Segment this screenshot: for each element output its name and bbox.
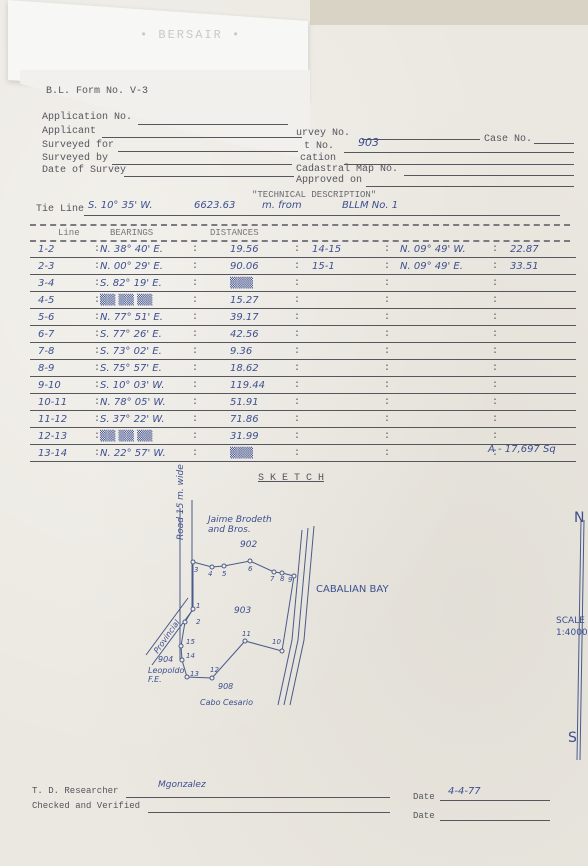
road-label: Road 15 m. wide <box>176 464 186 540</box>
lot-904-label: 904 <box>158 655 173 664</box>
date-label: Date <box>413 792 435 802</box>
lot-903-label: 903 <box>234 606 251 616</box>
date2-field[interactable] <box>440 820 550 821</box>
date2-label: Date <box>413 811 435 821</box>
sketch-drawing <box>0 0 588 866</box>
checked-verified-field[interactable] <box>148 812 390 813</box>
bay-label: CABALIAN BAY <box>316 584 389 595</box>
corner-label: 5 <box>222 570 226 578</box>
researcher-field[interactable] <box>126 797 390 798</box>
checked-verified-label: Checked and Verified <box>32 801 140 811</box>
date-value: 4-4-77 <box>448 786 481 797</box>
south-arrow-icon: S <box>568 730 577 746</box>
corner-label: 11 <box>242 630 251 638</box>
date-field[interactable] <box>440 800 550 801</box>
corner-label: 10 <box>272 638 281 646</box>
owner-west-label: Leopoldo F.E. <box>148 666 190 684</box>
researcher-label: T. D. Researcher <box>32 786 118 796</box>
scale-value: 1:4000 <box>556 628 588 638</box>
corner-label: 9 <box>288 576 292 584</box>
corner-label: 1 <box>196 602 200 610</box>
corner-label: 13 <box>190 670 199 678</box>
scale-label: SCALE <box>556 616 585 626</box>
lot-908-label: 908 <box>218 682 233 691</box>
owner-south-label: Cabo Cesario <box>200 698 253 707</box>
corner-label: 2 <box>196 618 200 626</box>
owner-north-label: Jaime Brodeth and Bros. <box>208 515 288 535</box>
corner-label: 3 <box>194 566 198 574</box>
corner-label: 8 <box>280 575 284 583</box>
north-arrow-icon: N <box>574 510 584 526</box>
lot-902-label: 902 <box>240 540 257 550</box>
corner-label: 6 <box>248 565 252 573</box>
corner-label: 15 <box>186 638 195 646</box>
corner-label: 14 <box>186 652 195 660</box>
corner-label: 7 <box>270 575 274 583</box>
researcher-signature: Mgonzalez <box>158 780 206 790</box>
corner-label: 4 <box>208 570 212 578</box>
corner-label: 12 <box>210 666 219 674</box>
